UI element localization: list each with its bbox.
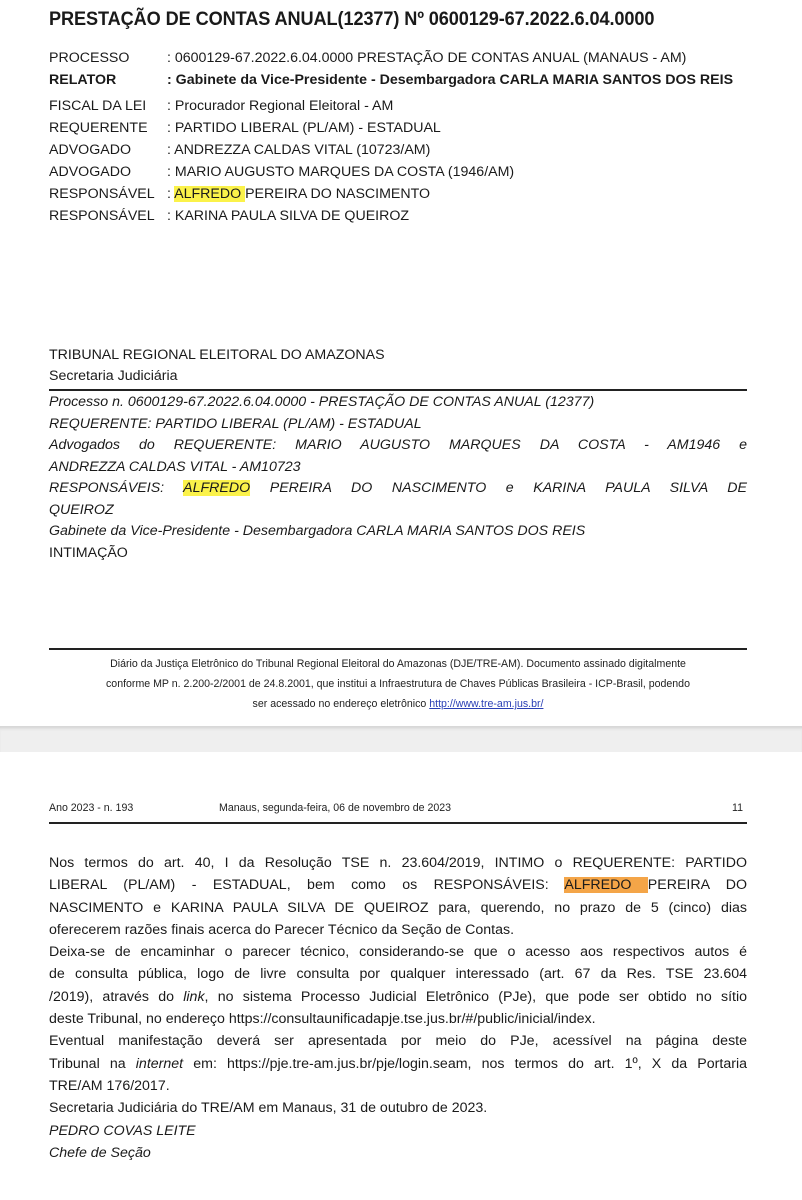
text-fragment-italic: link [183,989,204,1005]
text-fragment: PEREIRA DO [648,877,747,893]
meta-row-processo: PROCESSO : 0600129-67.2022.6.04.0000 PRE… [49,47,749,69]
footer-line: Diário da Justiça Eletrônico do Tribunal… [49,654,747,674]
meta-value: : Procurador Regional Eleitoral - AM [167,95,749,117]
text-fragment: em: https://pje.tre-am.jus.br/pje/login.… [183,1056,747,1072]
meta-row-requerente: REQUERENTE : PARTIDO LIBERAL (PL/AM) - E… [49,117,749,139]
footer-text-prefix: ser acessado no endereço eletrônico [253,698,430,710]
header-divider [49,822,747,824]
search-highlight: ALFREDO [174,186,245,202]
notice-requerente: REQUERENTE: PARTIDO LIBERAL (PL/AM) - ES… [49,414,747,436]
tribunal-name: TRIBUNAL REGIONAL ELEITORAL DO AMAZONAS [49,345,747,366]
meta-label: RESPONSÁVEL [49,205,167,227]
document-title: PRESTAÇÃO DE CONTAS ANUAL(12377) Nº 0600… [49,8,654,31]
paragraph-intimation: Nos termos do art. 40, I da Resolução TS… [49,852,747,941]
meta-value: : KARINA PAULA SILVA DE QUEIROZ [167,205,749,227]
notice-advogados: Advogados do REQUERENTE: MARIO AUGUSTO M… [49,435,747,457]
meta-label: RELATOR [49,69,167,91]
meta-value: : Gabinete da Vice-Presidente - Desembar… [167,69,749,91]
meta-label: PROCESSO [49,47,167,69]
text-line: Tribunal na internet em: https://pje.tre… [49,1053,747,1075]
document-page-1: PRESTAÇÃO DE CONTAS ANUAL(12377) Nº 0600… [0,0,802,726]
meta-label: REQUERENTE [49,117,167,139]
search-highlight-current: ALFREDO [564,877,647,893]
secretaria-name: Secretaria Judiciária [49,366,747,387]
meta-row-advogado: ADVOGADO : MARIO AUGUSTO MARQUES DA COST… [49,161,749,183]
text-line: Eventual manifestação deverá ser apresen… [49,1030,747,1052]
text-line: Deixa-se de encaminhar o parecer técnico… [49,941,747,963]
edition-number: Ano 2023 - n. 193 [49,802,133,814]
page-number: 11 [732,802,743,814]
text-fragment-italic: internet [136,1056,183,1072]
meta-row-fiscal: FISCAL DA LEI : Procurador Regional Elei… [49,95,749,117]
section-divider [49,389,747,391]
meta-label: FISCAL DA LEI [49,95,167,117]
text-fragment: , no sistema Processo Judicial Eletrônic… [205,989,747,1005]
document-page-2: Ano 2023 - n. 193 Manaus, segunda-feira,… [0,752,802,1200]
text-fragment: LIBERAL (PL/AM) - ESTADUAL, bem como os … [49,877,564,893]
notice-intimacao: INTIMAÇÃO [49,543,747,565]
meta-row-relator: RELATOR : Gabinete da Vice-Presidente - … [49,69,749,91]
meta-value: : ALFREDO PEREIRA DO NASCIMENTO [167,183,749,205]
notice-responsaveis-cont: QUEIROZ [49,500,747,522]
notice-responsaveis: RESPONSÁVEIS: ALFREDO PEREIRA DO NASCIME… [49,478,747,500]
text-fragment: Tribunal na [49,1056,136,1072]
tribunal-section: TRIBUNAL REGIONAL ELEITORAL DO AMAZONAS … [49,345,747,564]
notice-processo: Processo n. 0600129-67.2022.6.04.0000 - … [49,392,747,414]
text-line: oferecerem razões finais acerca do Parec… [49,919,747,941]
responsaveis-prefix: RESPONSÁVEIS: [49,480,183,496]
responsaveis-rest: PEREIRA DO NASCIMENTO e KARINA PAULA SIL… [250,480,747,496]
text-fragment: /2019), através do [49,989,183,1005]
meta-label: ADVOGADO [49,139,167,161]
text-line: /2019), através do link, no sistema Proc… [49,986,747,1008]
page-footer: Diário da Justiça Eletrônico do Tribunal… [49,654,747,714]
process-metadata: PROCESSO : 0600129-67.2022.6.04.0000 PRE… [49,47,749,227]
meta-value: : ANDREZZA CALDAS VITAL (10723/AM) [167,139,749,161]
meta-row-responsavel: RESPONSÁVEL : ALFREDO PEREIRA DO NASCIME… [49,183,749,205]
meta-row-responsavel: RESPONSÁVEL : KARINA PAULA SILVA DE QUEI… [49,205,749,227]
footer-divider [49,648,747,650]
search-highlight: ALFREDO [183,480,250,496]
notice-advogados-cont: ANDREZZA CALDAS VITAL - AM10723 [49,457,747,479]
paragraph-parecer: Deixa-se de encaminhar o parecer técnico… [49,941,747,1030]
publication-date: Manaus, segunda-feira, 06 de novembro de… [219,802,451,814]
tribunal-website-link[interactable]: http://www.tre-am.jus.br/ [429,698,543,710]
meta-value: : 0600129-67.2022.6.04.0000 PRESTAÇÃO DE… [167,47,749,69]
page-separator [0,726,802,754]
footer-line: ser acessado no endereço eletrônico http… [49,694,747,714]
text-line: NASCIMENTO e KARINA PAULA SILVA DE QUEIR… [49,897,747,919]
meta-value-rest: PEREIRA DO NASCIMENTO [245,186,430,202]
intimation-notice: Processo n. 0600129-67.2022.6.04.0000 - … [49,392,747,564]
meta-value: : PARTIDO LIBERAL (PL/AM) - ESTADUAL [167,117,749,139]
page-header: Ano 2023 - n. 193 Manaus, segunda-feira,… [49,802,747,820]
intimation-body: Nos termos do art. 40, I da Resolução TS… [49,852,747,1164]
meta-value: : MARIO AUGUSTO MARQUES DA COSTA (1946/A… [167,161,749,183]
text-line: TRE/AM 176/2017. [49,1075,747,1097]
text-line: deste Tribunal, no endereço https://cons… [49,1008,747,1030]
text-line: LIBERAL (PL/AM) - ESTADUAL, bem como os … [49,874,747,896]
meta-row-advogado: ADVOGADO : ANDREZZA CALDAS VITAL (10723/… [49,139,749,161]
footer-line: conforme MP n. 2.200-2/2001 de 24.8.2001… [49,674,747,694]
paragraph-manifestacao: Eventual manifestação deverá ser apresen… [49,1030,747,1097]
signer-name: PEDRO COVAS LEITE [49,1120,747,1142]
paragraph-closing: Secretaria Judiciária do TRE/AM em Manau… [49,1097,747,1119]
meta-label: RESPONSÁVEL [49,183,167,205]
text-line: de consulta pública, logo de livre consu… [49,963,747,985]
signer-role: Chefe de Seção [49,1142,747,1164]
meta-label: ADVOGADO [49,161,167,183]
notice-gabinete: Gabinete da Vice-Presidente - Desembarga… [49,521,747,543]
text-line: Nos termos do art. 40, I da Resolução TS… [49,852,747,874]
